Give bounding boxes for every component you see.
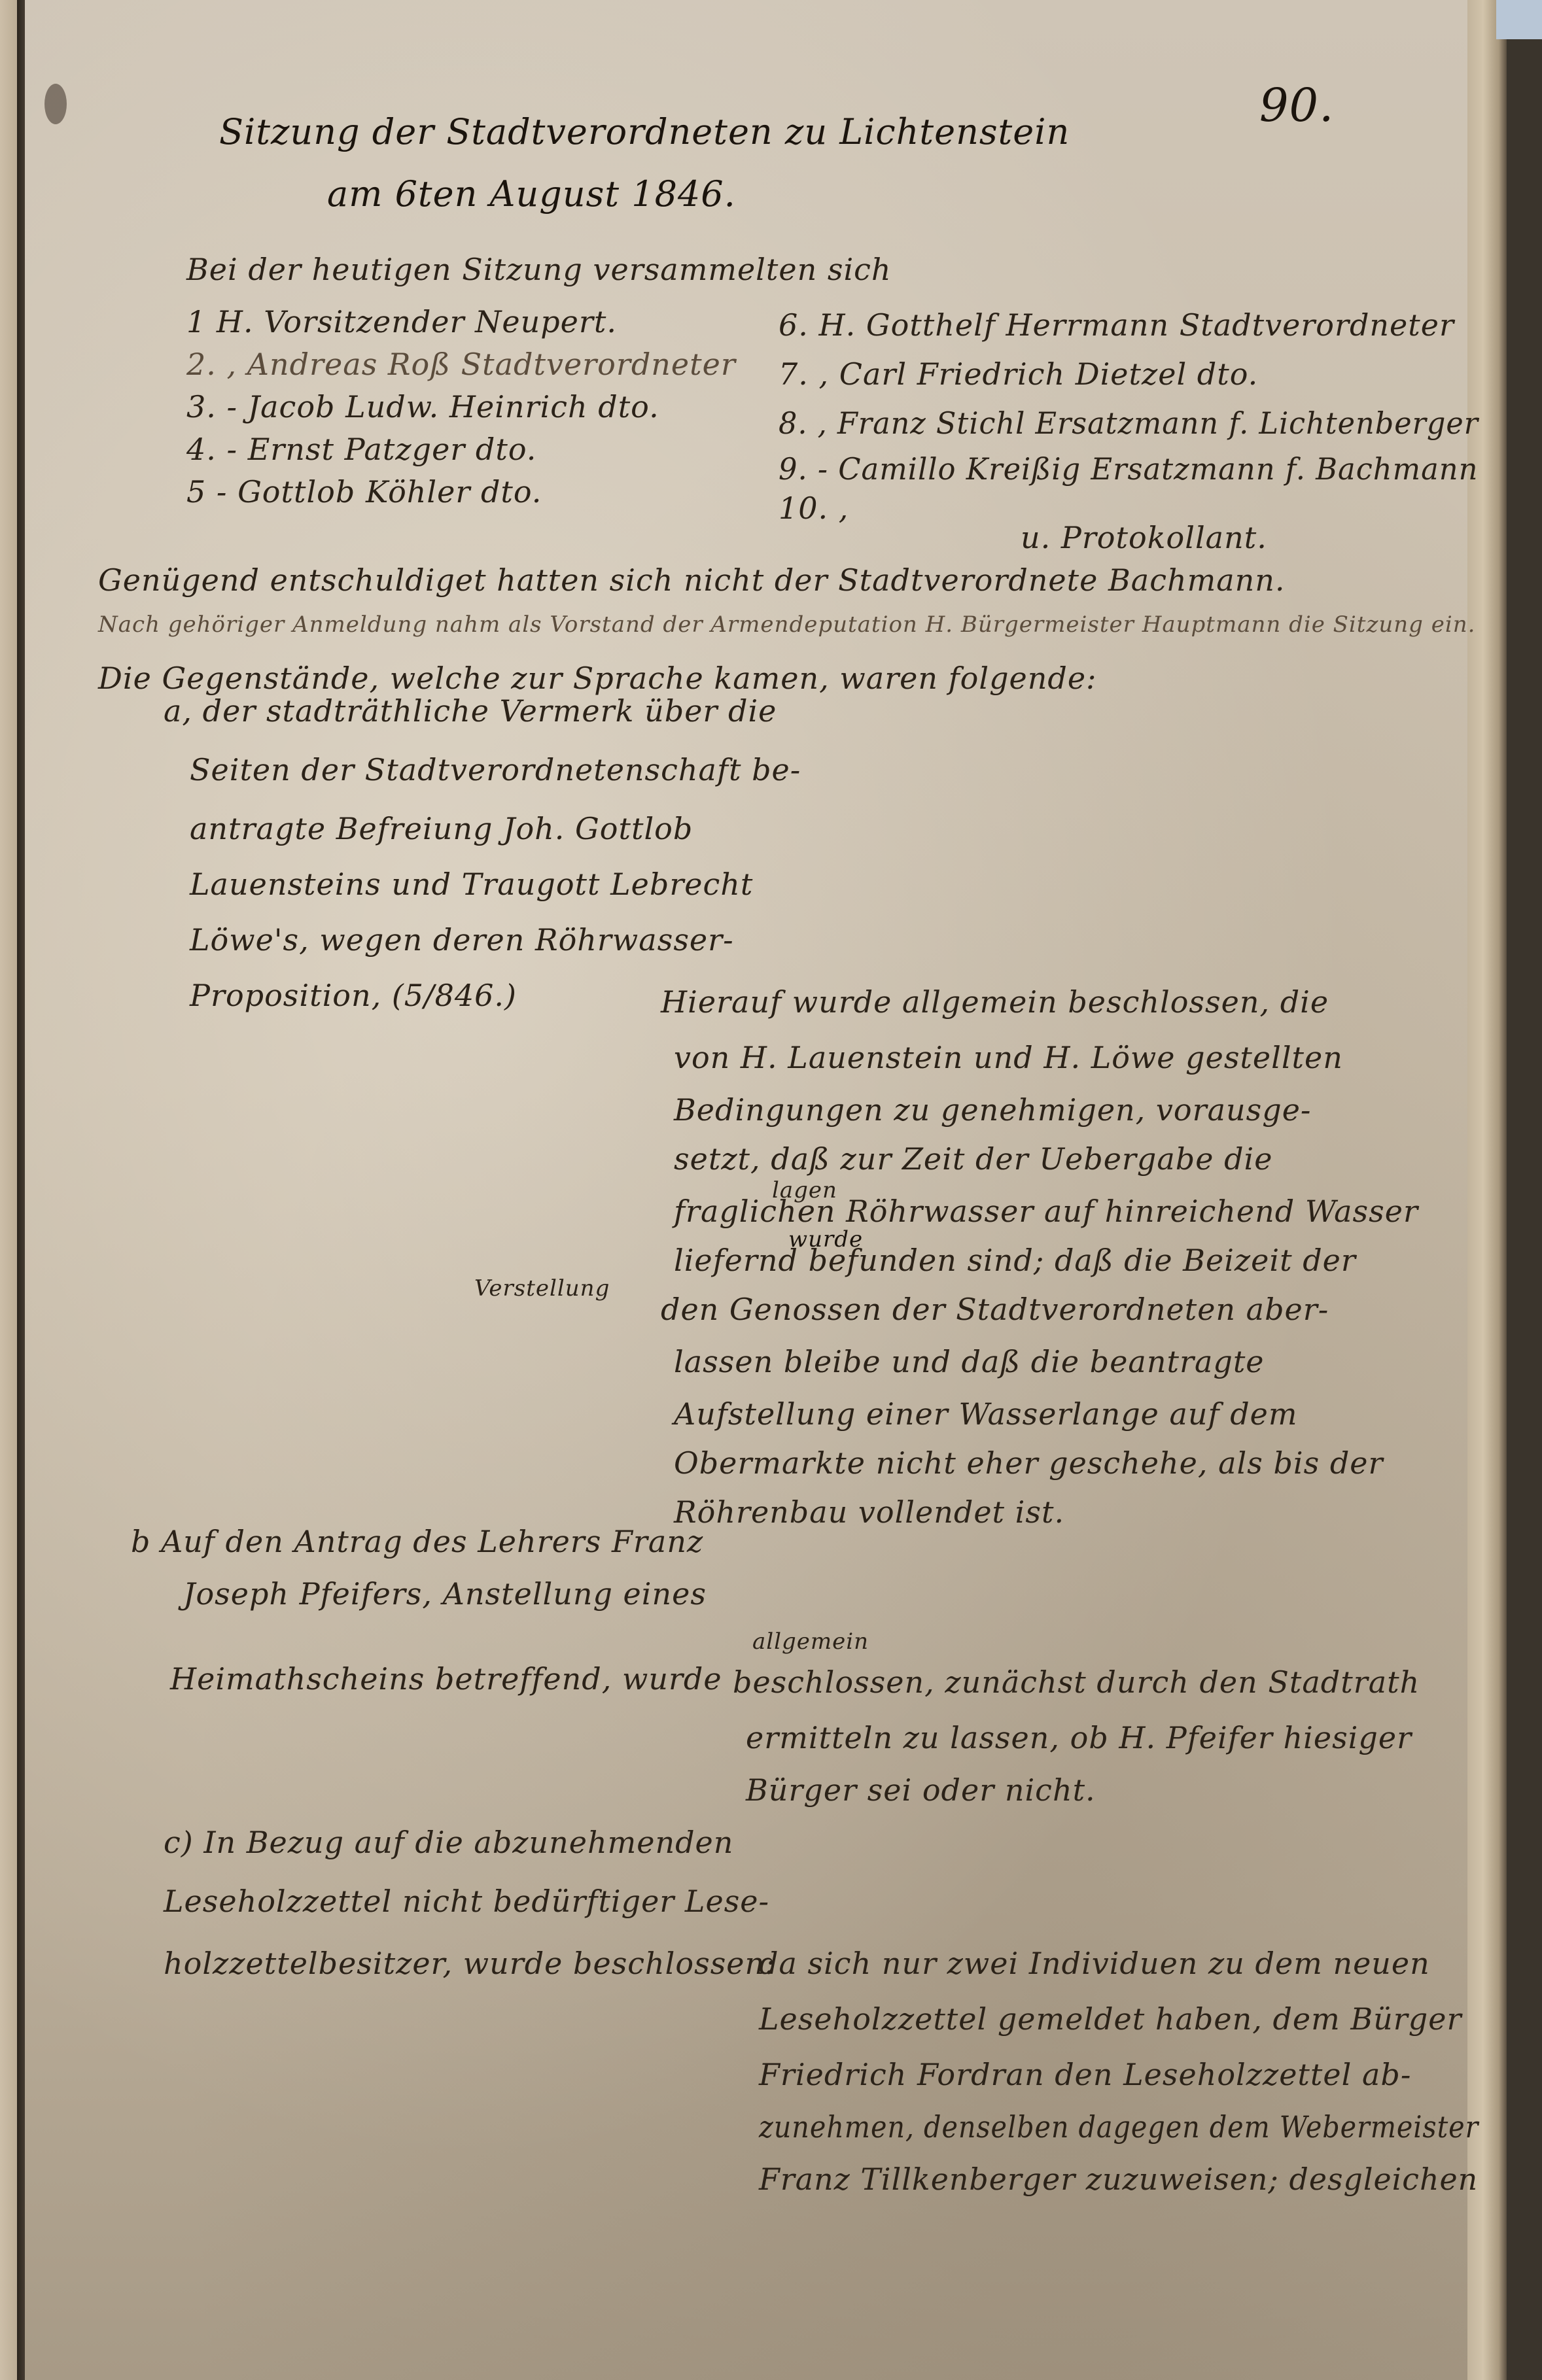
attendee-8: 8. , Franz Stichl Ersatzmann f. Lichtenb… [779,405,1479,441]
attendee-number: 7. , [779,356,829,392]
attendee-number: 8. , [779,405,828,441]
item-b-line-2: Joseph Pfeifers, Anstellung eines [183,1576,707,1612]
page-title-line2: am 6ten August 1846. [327,173,736,215]
topics-intro: Die Gegenstände, welche zur Sprache kame… [98,661,1097,696]
attendee-name: H. Gotthelf Herrmann Stadtverordneter [819,307,1454,343]
attendee-name: H. Vorsitzender Neupert. [217,304,617,339]
item-b-resolution-1: beschlossen, zunächst durch den Stadtrat… [733,1664,1420,1700]
attendee-number: 1 [186,304,206,339]
attendee-number: 6. [779,307,809,343]
ink-stain [44,84,67,124]
attendee-9: 9. - Camillo Kreißig Ersatzmann f. Bachm… [779,451,1478,487]
item-a-resolution-11: Röhrenbau vollendet ist. [674,1494,1064,1530]
item-a-line-6: Proposition, (5/846.) [190,978,517,1013]
item-b-resolution-2: ermitteln zu lassen, ob H. Pfeifer hiesi… [746,1720,1412,1755]
attendee-4: 4. - Ernst Patzger dto. [186,432,536,467]
item-c-line-1: c) In Bezug auf die abzunehmenden [164,1825,733,1860]
margin-note: Verstellung [474,1275,610,1302]
attendee-name: Camillo Kreißig Ersatzmann f. Bachmann [838,451,1478,487]
attendee-1: 1 H. Vorsitzender Neupert. [186,304,617,339]
item-a-resolution-6: liefernd befunden sind; daß die Beizeit … [674,1243,1356,1278]
item-c-resolution-5: Franz Tillkenberger zuzuweisen; desgleic… [759,2162,1478,2197]
item-a-resolution-10: Obermarkte nicht eher geschehe, als bis … [674,1445,1384,1481]
attendee-3: 3. - Jacob Ludw. Heinrich dto. [186,389,659,424]
item-a-resolution-2: von H. Lauenstein und H. Löwe gestellten [674,1040,1343,1075]
item-a-line-3: antragte Befreiung Joh. Gottlob [190,811,693,846]
item-a-line-1: a, der stadträthliche Vermerk über die [164,693,777,729]
page-title-line1: Sitzung der Stadtverordneten zu Lichtens… [219,111,1070,152]
item-b-line-3: Heimathscheins betreffend, wurde [170,1661,722,1697]
item-c-resolution-3: Friedrich Fordran den Leseholzzettel ab- [759,2057,1411,2092]
item-a-resolution-7: den Genossen der Stadtverordneten aber- [661,1292,1329,1327]
excused-line: Genügend entschuldiget hatten sich nicht… [98,562,1286,598]
attendee-number: 9. - [779,451,828,487]
item-a-resolution-4: setzt, daß zur Zeit der Uebergabe die [674,1141,1272,1177]
item-b-resolution-3: Bürger sei oder nicht. [746,1772,1096,1808]
attendee-7: 7. , Carl Friedrich Dietzel dto. [779,356,1258,392]
attendee-number: 5 - [186,474,227,509]
item-a-resolution-8: lassen bleibe und daß die beantragte [674,1344,1265,1379]
attendee-2: 2. , Andreas Roß Stadtverordneter [186,347,736,382]
attendee-number: 10. , [779,491,849,526]
page-edge-right [1467,0,1507,2380]
item-a-resolution-9: Aufstellung einer Wasserlange auf dem [674,1396,1298,1432]
background-corner [1496,0,1542,39]
attendee-5: 5 - Gottlob Köhler dto. [186,474,542,509]
attendee-6: 6. H. Gotthelf Herrmann Stadtverordneter [779,307,1454,343]
item-c-resolution-1: da sich nur zwei Individuen zu dem neuen [759,1946,1430,1981]
item-a-resolution-1: Hierauf wurde allgemein beschlossen, die [661,984,1329,1020]
item-c-resolution-2: Leseholzzettel gemeldet haben, dem Bürge… [759,2001,1462,2037]
item-c-line-2: Leseholzzettel nicht bedürftiger Lese- [164,1884,769,1919]
attendee-name: Gottlob Köhler dto. [237,474,542,509]
item-a-line-2: Seiten der Stadtverordnetenschaft be- [190,752,801,787]
item-c-line-3: holzzettelbesitzer, wurde beschlossen: [164,1946,776,1981]
attendee-name: Andreas Roß Stadtverordneter [247,347,736,382]
attendance-intro: Bei der heutigen Sitzung versammelten si… [186,252,892,287]
attendee-10: 10. , [779,491,849,526]
deputation-note: Nach gehöriger Anmeldung nahm als Vorsta… [98,612,1475,638]
attendee-name: Jacob Ludw. Heinrich dto. [248,389,659,424]
page-number: 90. [1259,78,1334,132]
item-b-line-1: b Auf den Antrag des Lehrers Franz [131,1524,703,1559]
attendee-number: 3. - [186,389,237,424]
insertion-allgemein: allgemein [752,1629,869,1655]
attendee-name: Ernst Patzger dto. [248,432,537,467]
attendee-name: Carl Friedrich Dietzel dto. [839,356,1258,392]
attendee-name: Franz Stichl Ersatzmann f. Lichtenberger [837,405,1479,441]
item-a-line-4: Lauensteins und Traugott Lebrecht [190,867,753,902]
item-c-resolution-4: zunehmen, denselben dagegen dem Webermei… [759,2109,1479,2145]
protocol-note: u. Protokollant. [1021,520,1267,555]
attendee-number: 2. , [186,347,237,382]
attendee-number: 4. - [186,432,237,467]
item-a-line-5: Löwe's, wegen deren Röhrwasser- [190,922,734,957]
item-a-resolution-5: fraglichen Röhrwasser auf hinreichend Wa… [674,1194,1418,1229]
item-a-resolution-3: Bedingungen zu genehmigen, vorausge- [674,1092,1311,1128]
